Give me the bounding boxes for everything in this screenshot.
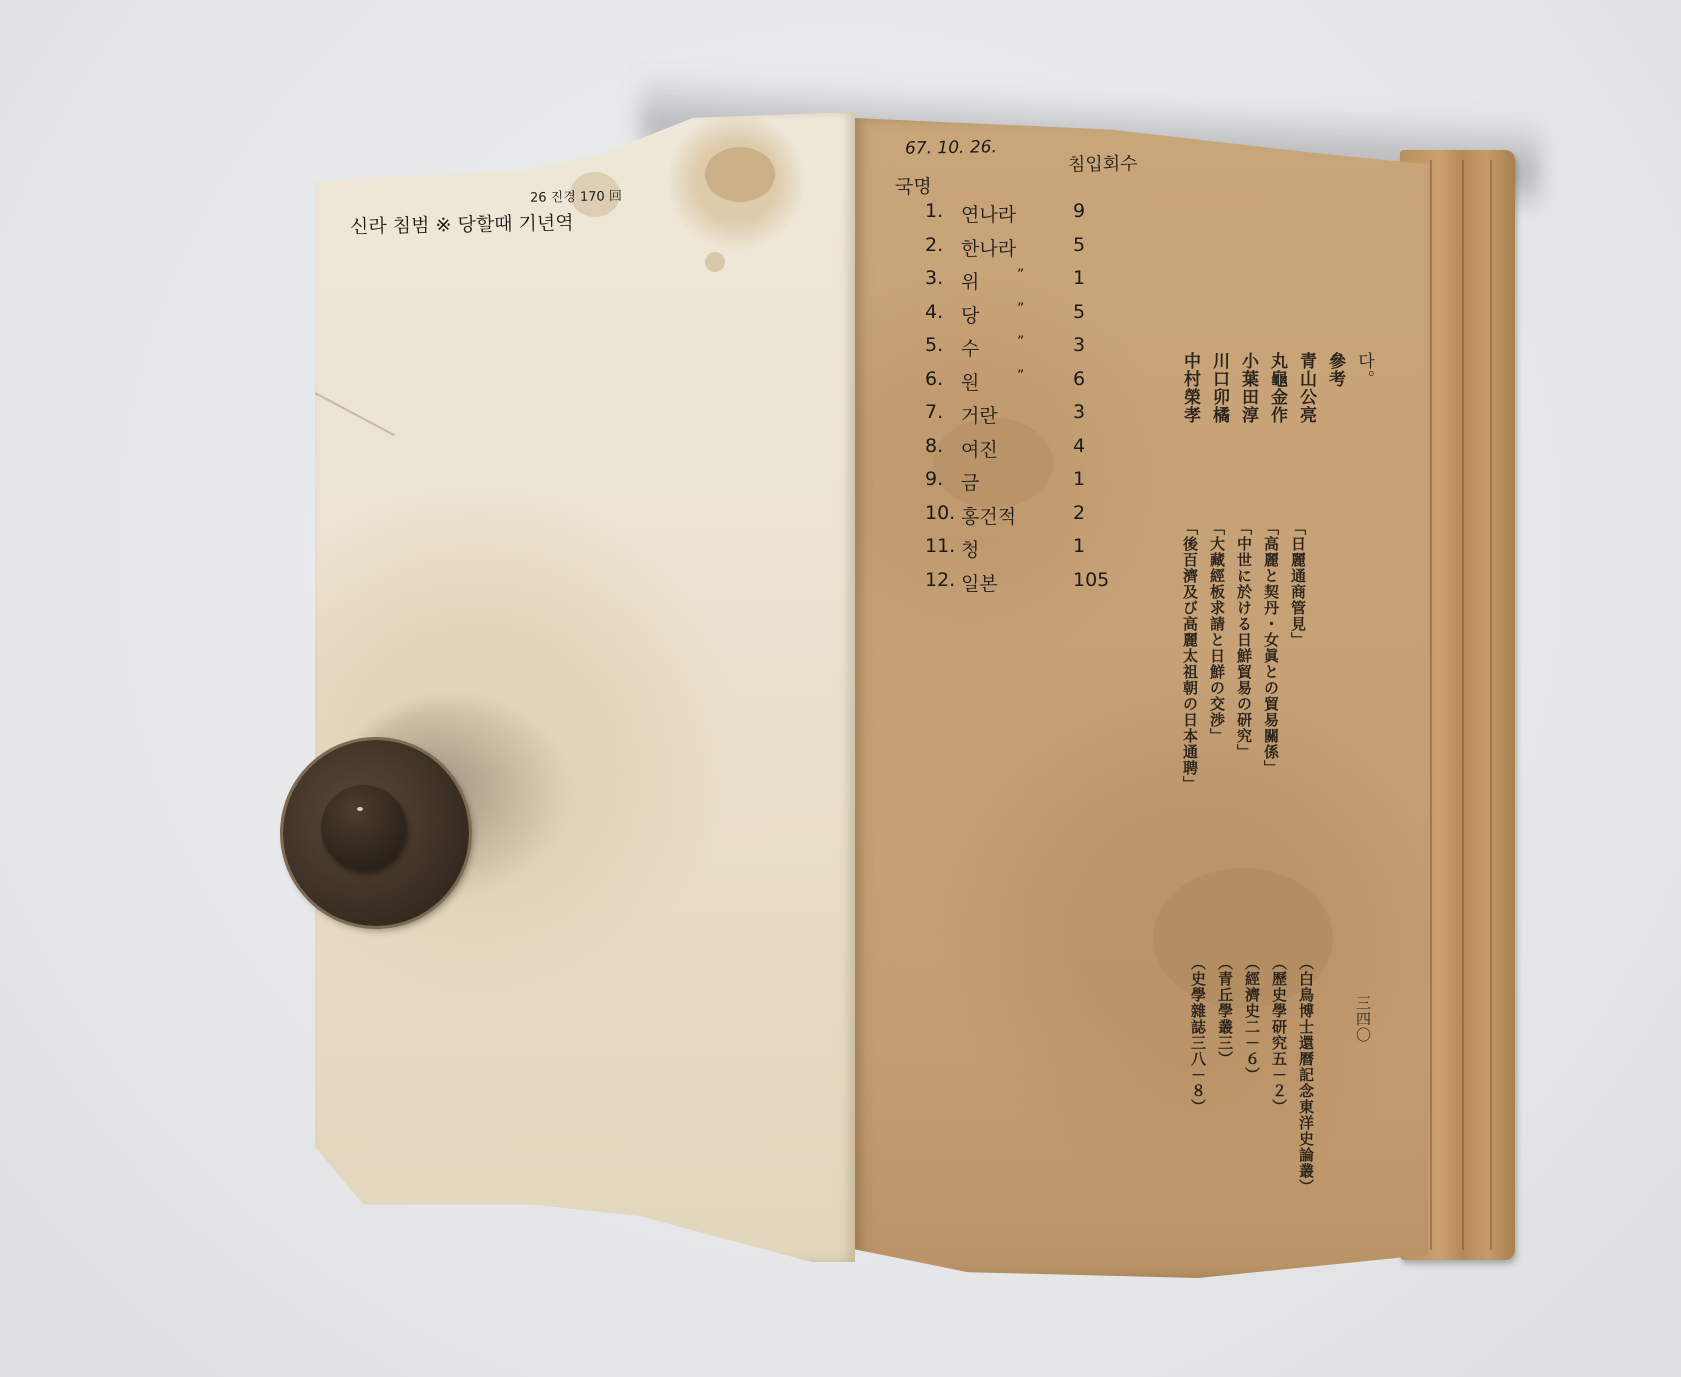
left-page-annotation: 신라 침범 ※ 당할때 기년역	[350, 208, 574, 239]
item-number: 4.	[925, 301, 943, 323]
list-item: 3.위”1	[905, 267, 1125, 301]
photo-scene: 26 진경 170 回 신라 침범 ※ 당할때 기년역 67. 10. 26. …	[0, 0, 1681, 1377]
invasion-count: 5	[1073, 301, 1085, 323]
reference-label: 參考	[1323, 352, 1348, 424]
list-item: 11.청1	[905, 535, 1125, 569]
item-number: 8.	[925, 435, 943, 457]
weight-knob	[321, 785, 406, 870]
left-page-annotation-sub: 26 진경 170 回	[530, 185, 622, 206]
author-name: 丸龜金作	[1265, 352, 1290, 424]
invasion-count: 105	[1073, 569, 1109, 591]
country-name: 일본	[961, 569, 998, 596]
list-item: 4.당”5	[905, 301, 1125, 335]
country-name: 여진	[961, 435, 998, 462]
item-number: 7.	[925, 401, 943, 423]
country-name: 위	[961, 267, 979, 294]
list-item: 1.연나라9	[905, 200, 1125, 234]
invasion-count: 1	[1073, 267, 1085, 289]
invasion-count: 1	[1073, 535, 1085, 557]
author-name: 中村榮孝	[1178, 352, 1203, 424]
list-item: 10.홍건적2	[905, 502, 1125, 536]
list-item: 5.수”3	[905, 334, 1125, 368]
list-item: 9.금1	[905, 468, 1125, 502]
invasion-count: 3	[1073, 334, 1085, 356]
reference-source: （白鳥博士還曆記念東洋史論叢）	[1296, 955, 1317, 1195]
foxing-stain	[705, 252, 725, 272]
foxing-stain	[705, 147, 775, 202]
ditto-mark: ”	[1017, 267, 1024, 283]
reference-title: 「高麗と契丹・女眞との貿易關係」	[1261, 520, 1282, 792]
item-number: 1.	[925, 200, 943, 222]
reference-source: （青丘學叢三）	[1215, 955, 1236, 1195]
list-item: 8.여진4	[905, 435, 1125, 469]
reference-authors: 다。 參考 青山公亮 丸龜金作 小葉田淳 川口卯橘 中村榮孝	[1178, 352, 1377, 424]
invasion-list: 1.연나라9 2.한나라5 3.위”1 4.당”5 5.수”3 6.원”6 7.…	[905, 200, 1125, 602]
list-item: 2.한나라5	[905, 234, 1125, 268]
list-item: 12.일본105	[905, 569, 1125, 603]
brass-weight	[283, 740, 469, 926]
reference-source: （經濟史二－６）	[1242, 955, 1263, 1195]
country-name: 청	[961, 535, 979, 562]
list-item: 6.원”6	[905, 368, 1125, 402]
invasion-count: 2	[1073, 502, 1085, 524]
page-edge-line	[1462, 160, 1464, 1250]
country-name: 한나라	[961, 234, 1016, 261]
author-name: 小葉田淳	[1236, 352, 1261, 424]
invasion-count: 1	[1073, 468, 1085, 490]
author-name: 青山公亮	[1294, 352, 1319, 424]
invasion-count: 4	[1073, 435, 1085, 457]
page-number: 三四〇	[1353, 995, 1374, 1043]
country-name: 원	[961, 368, 979, 395]
ditto-mark: ”	[1017, 301, 1024, 317]
invasion-count: 9	[1073, 200, 1085, 222]
page-crease	[315, 392, 395, 436]
sentence-end-mark: 다。	[1352, 352, 1377, 424]
country-name: 당	[961, 301, 979, 328]
item-number: 5.	[925, 334, 943, 356]
item-number: 2.	[925, 234, 943, 256]
invasion-count: 5	[1073, 234, 1085, 256]
reference-source: （歷史學研究五－２）	[1269, 955, 1290, 1195]
left-page	[315, 112, 855, 1262]
item-number: 9.	[925, 468, 943, 490]
reference-sources: （白鳥博士還曆記念東洋史論叢） （歷史學研究五－２） （經濟史二－６） （青丘學…	[1188, 955, 1317, 1195]
item-number: 11.	[925, 535, 955, 557]
page-edge-line	[1430, 160, 1432, 1250]
invasion-count: 3	[1073, 401, 1085, 423]
list-item: 7.거란3	[905, 401, 1125, 435]
invasion-count: 6	[1073, 368, 1085, 390]
author-name: 川口卯橘	[1207, 352, 1232, 424]
reference-titles: 「日麗通商管見」 「高麗と契丹・女眞との貿易關係」 「中世に於ける日鮮貿易の研究…	[1180, 520, 1309, 792]
reference-title: 「中世に於ける日鮮貿易の研究」	[1234, 520, 1255, 792]
reference-title: 「日麗通商管見」	[1288, 520, 1309, 792]
reference-title: 「大藏經板求請と日鮮の交渉」	[1207, 520, 1228, 792]
reference-title: 「後百濟及び高麗太祖朝の日本通聘」	[1180, 520, 1201, 792]
reference-source: （史學雜誌三八－８）	[1188, 955, 1209, 1195]
item-number: 10.	[925, 502, 955, 524]
page-edge-line	[1490, 160, 1492, 1250]
item-number: 6.	[925, 368, 943, 390]
country-name: 거란	[961, 401, 998, 428]
country-column-header: 국명	[895, 172, 932, 200]
item-number: 12.	[925, 569, 955, 591]
country-name: 연나라	[961, 200, 1016, 227]
ditto-mark: ”	[1017, 334, 1024, 350]
handwritten-date: 67. 10. 26.	[905, 137, 997, 159]
item-number: 3.	[925, 267, 943, 289]
country-name: 홍건적	[961, 502, 1016, 529]
invasion-count-header: 침입회수	[1068, 149, 1138, 176]
country-name: 수	[961, 334, 979, 361]
country-name: 금	[961, 468, 979, 495]
ditto-mark: ”	[1017, 368, 1024, 384]
